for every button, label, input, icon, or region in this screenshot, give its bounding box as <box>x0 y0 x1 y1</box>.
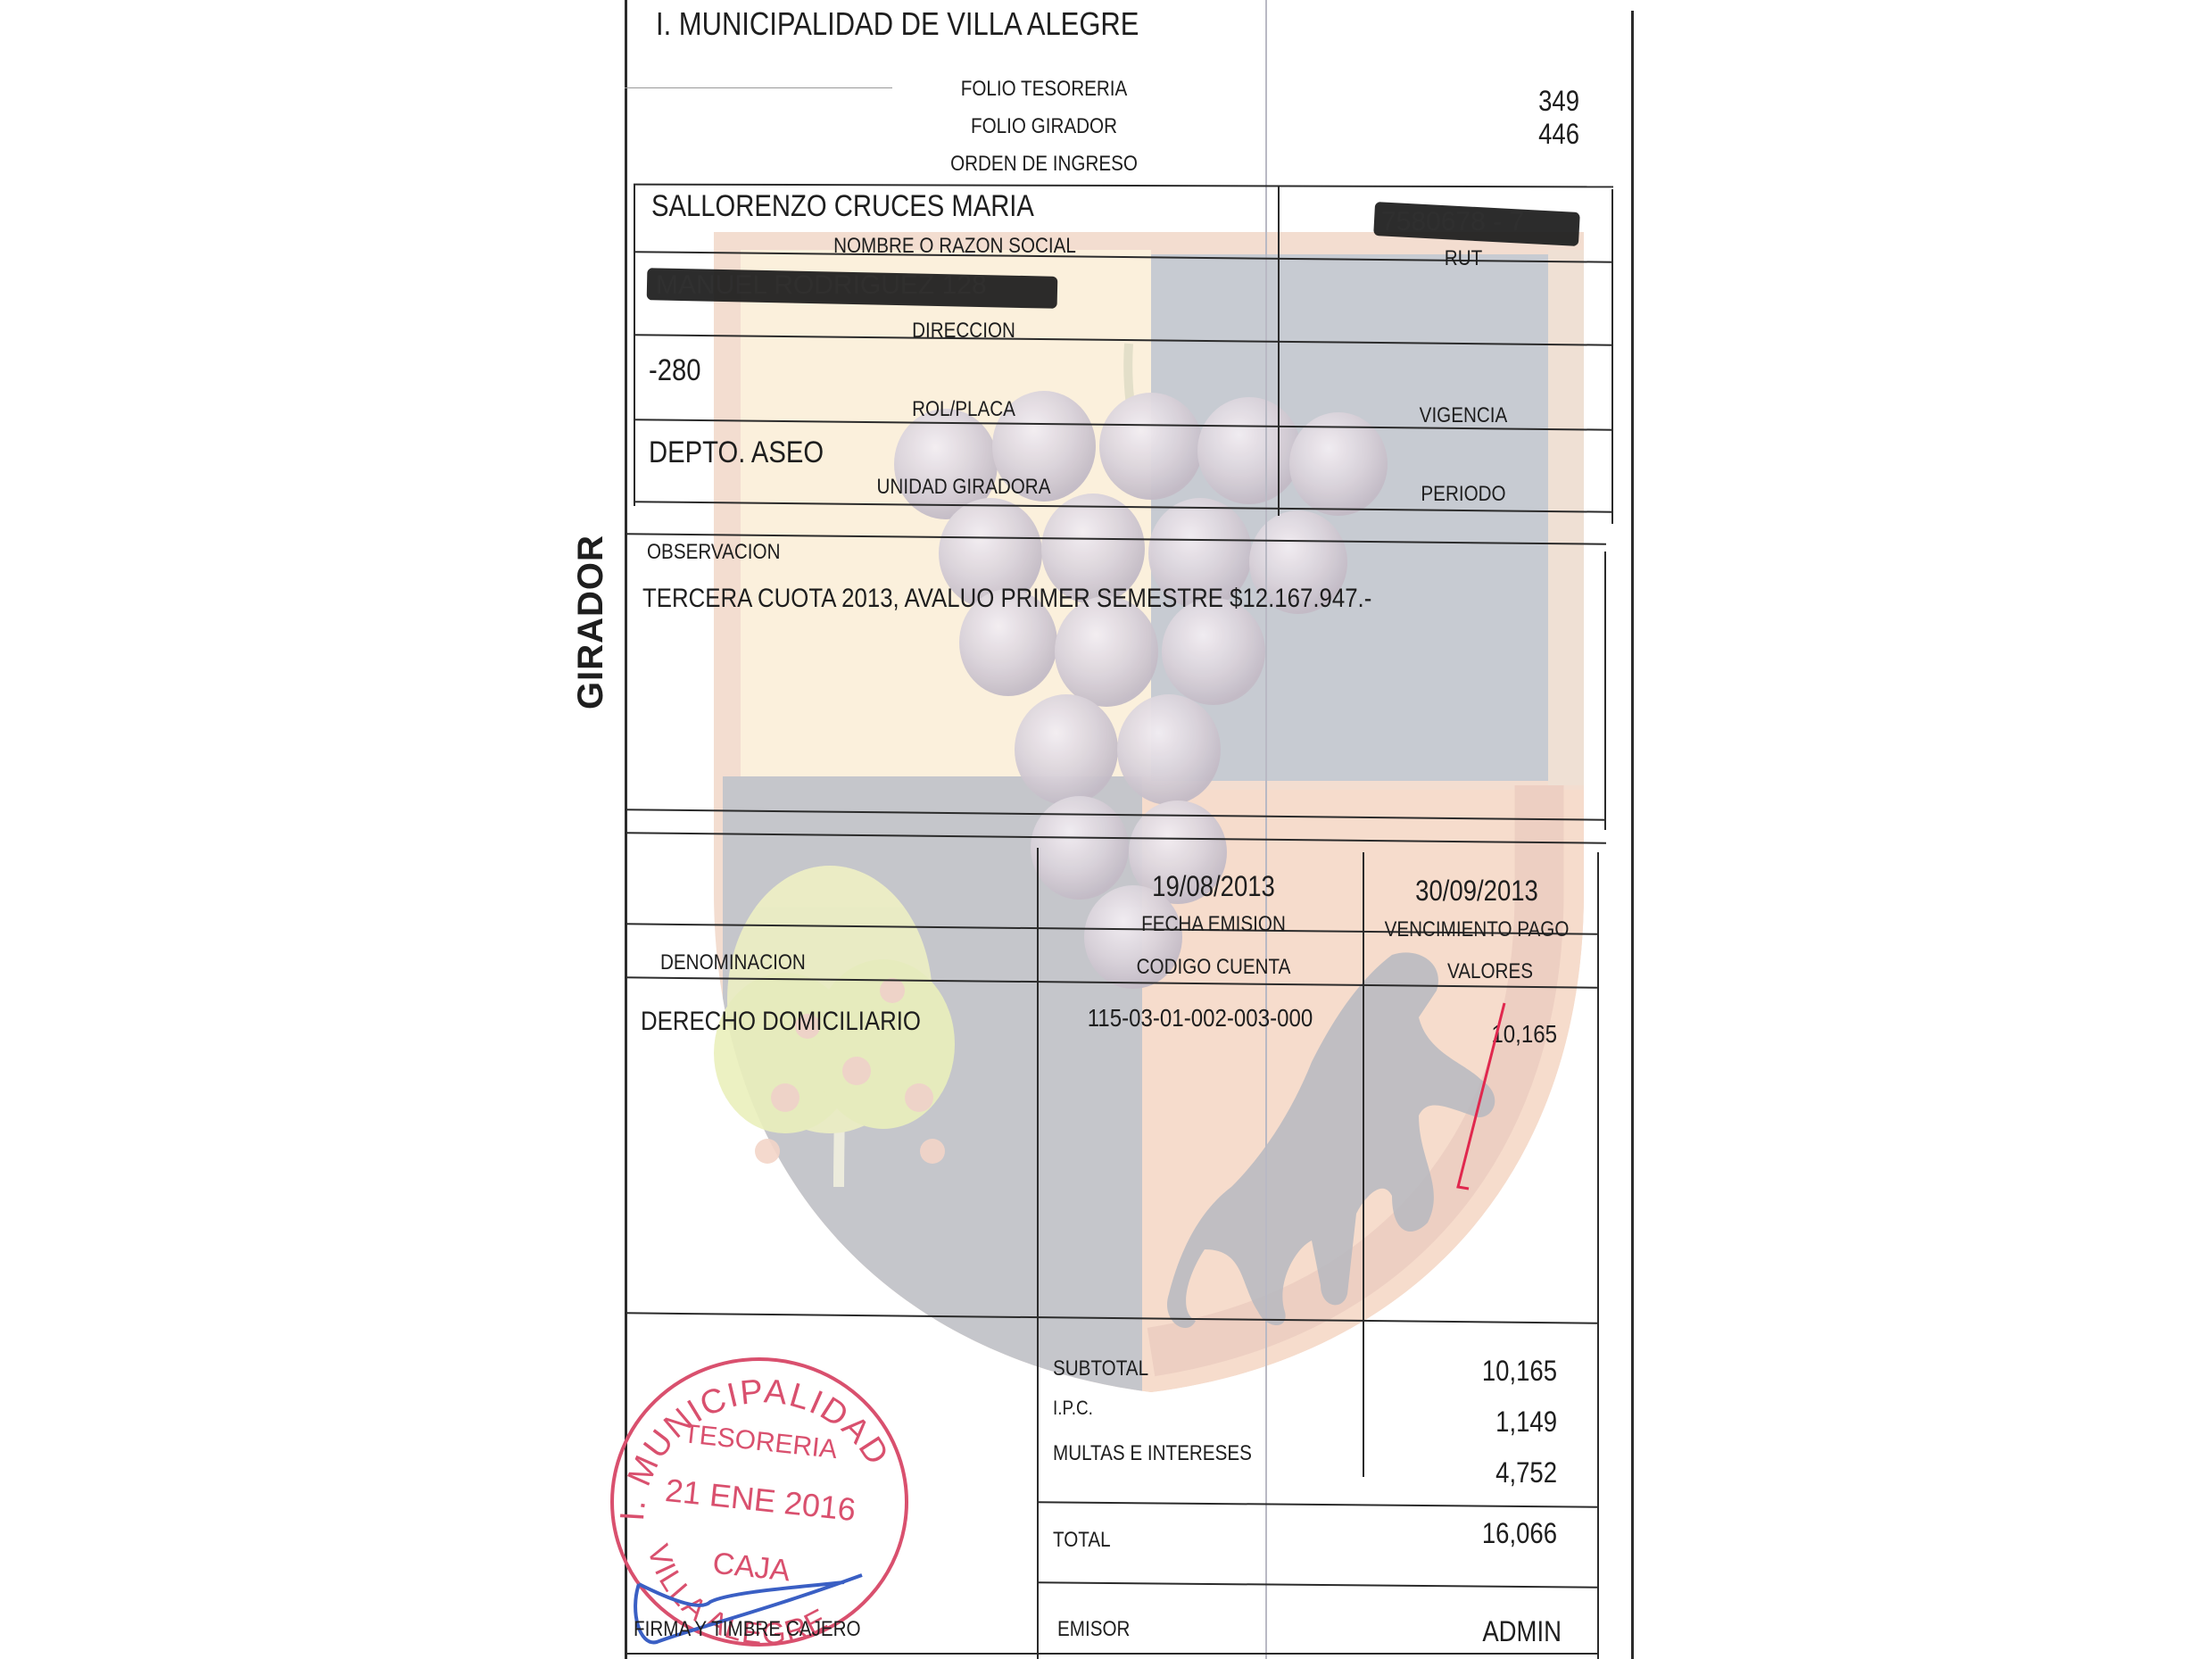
column-header-denominacion: DENOMINACION <box>660 950 806 975</box>
stamp-date: 21 ENE 2016 <box>664 1472 857 1528</box>
row-codigo-cuenta: 115-03-01-002-003-000 <box>1073 1004 1327 1033</box>
ipc-label: I.P.C. <box>1053 1397 1093 1420</box>
fecha-emision-value: 19/08/2013 <box>1095 870 1333 903</box>
name-label: NOMBRE O RAZON SOCIAL <box>786 234 1123 259</box>
folio-tesoreria-label: FOLIO TESORERIA <box>929 77 1159 102</box>
folio-girador-label: FOLIO GIRADOR <box>929 114 1159 139</box>
folio-tesoreria-value: 349 <box>1449 85 1579 118</box>
vigencia-label: VIGENCIA <box>1387 403 1540 428</box>
contribuyente-name: SALLORENZO CRUCES MARIA <box>651 189 1034 224</box>
observacion-text: TERCERA CUOTA 2013, AVALUO PRIMER SEMEST… <box>642 584 1371 614</box>
rol-value: -280 <box>649 353 701 388</box>
svg-text:I. MUNICIPALIDAD: I. MUNICIPALIDAD <box>614 1373 897 1522</box>
unidad-giradora-label: UNIDAD GIRADORA <box>810 475 1117 500</box>
folio-girador-value: 446 <box>1449 118 1579 151</box>
column-header-codigo-cuenta: CODIGO CUENTA <box>1095 955 1333 980</box>
periodo-label: PERIODO <box>1387 482 1540 507</box>
rol-label: ROL/PLACA <box>849 397 1079 422</box>
emisor-label: EMISOR <box>1057 1617 1130 1642</box>
ipc-value: 1,149 <box>1415 1406 1557 1439</box>
emisor-value: ADMIN <box>1416 1615 1562 1648</box>
fold-line <box>1265 0 1267 1659</box>
total-label: TOTAL <box>1053 1528 1111 1553</box>
subtotal-label: SUBTOTAL <box>1053 1356 1148 1381</box>
direccion-label: DIRECCION <box>849 319 1079 344</box>
right-border-line <box>1631 11 1634 1659</box>
municipality-title: I. MUNICIPALIDAD DE VILLA ALEGRE <box>656 5 1139 43</box>
rut-value-redacted: 7580678 - 7 <box>1381 207 1524 237</box>
column-header-valores: VALORES <box>1405 959 1574 984</box>
total-value: 16,066 <box>1415 1517 1557 1550</box>
red-check-mark <box>1446 1000 1517 1196</box>
row-denominacion: DERECHO DOMICILIARIO <box>641 1007 921 1037</box>
rut-label: RUT <box>1402 246 1525 271</box>
document-type-label: ORDEN DE INGRESO <box>921 152 1166 177</box>
multas-value: 4,752 <box>1415 1456 1557 1489</box>
direccion-value-redacted: MANUEL RODRIGUEZ 128 <box>656 270 987 301</box>
firma-label: FIRMA Y TIMBRE CAJERO <box>634 1617 861 1642</box>
multas-label: MULTAS E INTERESES <box>1053 1441 1252 1466</box>
tesoreria-stamp: I. MUNICIPALIDAD TESORERIA 21 ENE 2016 C… <box>603 1343 915 1655</box>
observacion-label: OBSERVACION <box>647 540 780 565</box>
girador-side-label: GIRADOR <box>571 535 611 709</box>
subtotal-value: 10,165 <box>1415 1355 1557 1388</box>
fecha-emision-label: FECHA EMISION <box>1095 912 1333 937</box>
unidad-giradora-value: DEPTO. ASEO <box>649 435 824 470</box>
vencimiento-label: VENCIMIENTO PAGO <box>1373 917 1580 942</box>
vencimiento-value: 30/09/2013 <box>1388 875 1565 908</box>
stamp-line1: TESORERIA <box>682 1419 839 1464</box>
dotted-rule <box>625 87 892 88</box>
stamp-line3: CAJA <box>711 1547 792 1588</box>
stamp-outer-text: I. MUNICIPALIDAD <box>614 1373 897 1522</box>
